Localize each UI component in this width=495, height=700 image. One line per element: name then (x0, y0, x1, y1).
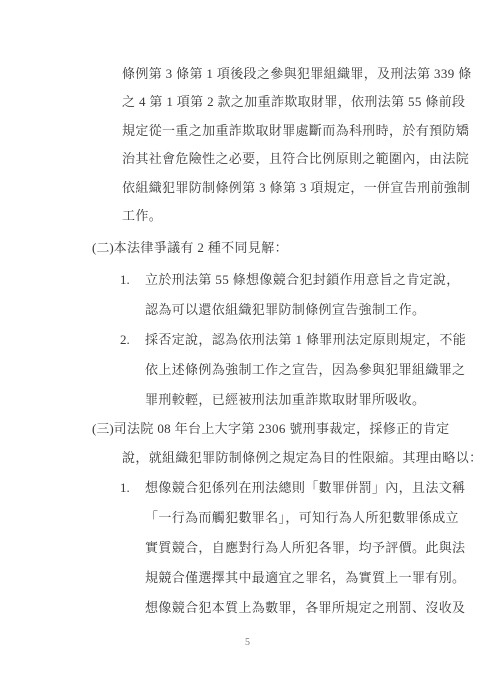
list-item-number: 1. (120, 480, 145, 496)
list-item-line: 想像競合犯本質上為數罪，各罪所規定之刑罰、沒收及 (145, 600, 465, 617)
list-item-line: 2.採否定說，認為依刑法第 1 條罪刑法定原則規定，不能 (120, 332, 466, 349)
section-3-label: (三) (92, 421, 114, 436)
section-2-heading: 本法律爭議有 2 種不同見解： (114, 240, 288, 255)
section-3-heading-line: 說，就組織犯罪防制條例之規定為目的性限縮。其理由略以： (122, 450, 482, 467)
section-2-label: (二) (92, 240, 114, 255)
paragraph-line: 條例第 3 條第 1 項後段之參與犯罪組織罪，及刑法第 339 條 (122, 66, 472, 83)
paragraph-line: 之 4 第 1 項第 2 款之加重詐欺取財罪，依刑法第 55 條前段 (122, 94, 465, 111)
list-item-line: 「一行為而觸犯數罪名」，可知行為人所犯數罪係成立 (145, 510, 459, 527)
list-item-line: 依上述條例為強制工作之宣告，因為參與犯罪組織罪之 (145, 362, 465, 379)
paragraph-line: 工作。 (122, 208, 162, 225)
list-item-line: 罪刑較輕，已經被刑法加重詐欺取財罪所吸收。 (145, 392, 425, 409)
section-3-heading-line: (三)司法院 08 年台上大字第 2306 號刑事裁定，採修正的肯定 (92, 421, 450, 438)
list-item-text: 採否定說，認為依刑法第 1 條罪刑法定原則規定，不能 (145, 332, 466, 347)
document-page: 條例第 3 條第 1 項後段之參與犯罪組織罪，及刑法第 339 條 之 4 第 … (0, 0, 495, 700)
list-item-number: 2. (120, 332, 145, 348)
list-item-line: 規競合僅選擇其中最適宜之罪名，為實質上一罪有別。 (145, 570, 465, 587)
page-number: 5 (0, 637, 495, 648)
list-item-line: 認為可以還依組織犯罪防制條例宣告強制工作。 (145, 302, 425, 319)
list-item-line: 1.立於刑法第 55 條想像競合犯封鎖作用意旨之肯定說， (120, 272, 460, 289)
list-item-line: 實質競合，自應對行為人所犯各罪，均予評價。此與法 (145, 540, 465, 557)
list-item-number: 1. (120, 272, 145, 288)
paragraph-line: 治其社會危險性之必要，且符合比例原則之範圍內，由法院 (122, 151, 469, 168)
section-2-heading-line: (二)本法律爭議有 2 種不同見解： (92, 240, 288, 257)
list-item-text: 立於刑法第 55 條想像競合犯封鎖作用意旨之肯定說， (145, 272, 460, 287)
paragraph-line: 依組織犯罪防制條例第 3 條第 3 項規定，一併宣告刑前強制 (122, 180, 471, 197)
list-item-line: 1.想像競合犯係列在刑法總則「數罪併罰」內，且法文稱 (120, 480, 465, 497)
paragraph-line: 規定從一重之加重詐欺取財罪處斷而為科刑時，於有預防矯 (122, 123, 469, 140)
list-item-text: 想像競合犯係列在刑法總則「數罪併罰」內，且法文稱 (145, 480, 465, 495)
section-3-heading: 司法院 08 年台上大字第 2306 號刑事裁定，採修正的肯定 (114, 421, 450, 436)
